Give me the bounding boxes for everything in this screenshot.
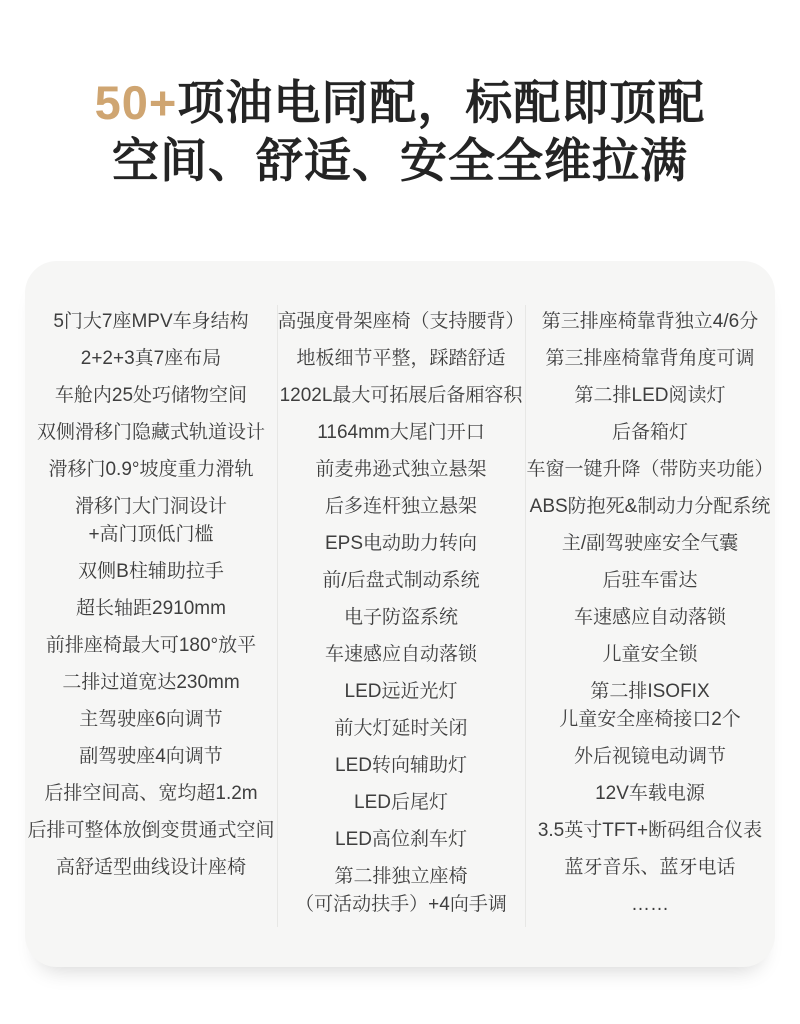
feature-column-2: 高强度骨架座椅（支持腰背）地板细节平整，踩踏舒适1202L最大可拓展后备厢容积1… — [277, 308, 525, 967]
feature-item: 后多连杆独立悬架 — [277, 493, 525, 521]
feature-line: 儿童安全座椅接口2个 — [525, 706, 775, 734]
feature-item: …… — [525, 891, 775, 919]
feature-line: LED后尾灯 — [277, 789, 525, 817]
feature-line: 后排可整体放倒变贯通式空间 — [25, 817, 277, 845]
feature-item: 后备箱灯 — [525, 419, 775, 447]
feature-line: 3.5英寸TFT+断码组合仪表 — [525, 817, 775, 845]
feature-line: 5门大7座MPV车身结构 — [25, 308, 277, 336]
feature-item: LED远近光灯 — [277, 678, 525, 706]
feature-line: 主驾驶座6向调节 — [25, 706, 277, 734]
spec-poster-page: 50+项油电同配，标配即顶配 空间、舒适、安全全维拉满 5门大7座MPV车身结构… — [0, 0, 800, 1024]
feature-line: 第二排LED阅读灯 — [525, 382, 775, 410]
feature-line: 1202L最大可拓展后备厢容积 — [277, 382, 525, 410]
feature-line: 前排座椅最大可180°放平 — [25, 632, 277, 660]
feature-item: 滑移门大门洞设计+高门顶低门槛 — [25, 493, 277, 549]
feature-line: 前大灯延时关闭 — [277, 715, 525, 743]
feature-item: ABS防抱死&制动力分配系统 — [525, 493, 775, 521]
feature-column-3: 第三排座椅靠背独立4/6分第三排座椅靠背角度可调第二排LED阅读灯后备箱灯车窗一… — [525, 308, 775, 967]
feature-line: ABS防抱死&制动力分配系统 — [525, 493, 775, 521]
feature-line: EPS电动助力转向 — [277, 530, 525, 558]
title-line-1-text: 项油电同配，标配即顶配 — [177, 76, 705, 129]
feature-line: 二排过道宽达230mm — [25, 669, 277, 697]
feature-item: 车舱内25处巧储物空间 — [25, 382, 277, 410]
feature-item: LED后尾灯 — [277, 789, 525, 817]
feature-item: 1202L最大可拓展后备厢容积 — [277, 382, 525, 410]
title-line-2: 空间、舒适、安全全维拉满 — [0, 132, 800, 190]
feature-item: 车速感应自动落锁 — [277, 641, 525, 669]
feature-line: 车窗一键升降（带防夹功能） — [525, 456, 775, 484]
feature-item: 5门大7座MPV车身结构 — [25, 308, 277, 336]
feature-item: 超长轴距2910mm — [25, 595, 277, 623]
feature-item: 前麦弗逊式独立悬架 — [277, 456, 525, 484]
feature-line: 儿童安全锁 — [525, 641, 775, 669]
feature-line: 蓝牙音乐、蓝牙电话 — [525, 854, 775, 882]
feature-item: 滑移门0.9°坡度重力滑轨 — [25, 456, 277, 484]
feature-line: 外后视镜电动调节 — [525, 743, 775, 771]
feature-line: 滑移门大门洞设计 — [25, 493, 277, 521]
feature-item: 1164mm大尾门开口 — [277, 419, 525, 447]
feature-item: LED高位刹车灯 — [277, 826, 525, 854]
feature-item: 高强度骨架座椅（支持腰背） — [277, 308, 525, 336]
feature-item: 主驾驶座6向调节 — [25, 706, 277, 734]
feature-item: LED转向辅助灯 — [277, 752, 525, 780]
feature-item: 车速感应自动落锁 — [525, 604, 775, 632]
feature-line: 车舱内25处巧储物空间 — [25, 382, 277, 410]
feature-item: 后驻车雷达 — [525, 567, 775, 595]
feature-line: 超长轴距2910mm — [25, 595, 277, 623]
feature-line: 滑移门0.9°坡度重力滑轨 — [25, 456, 277, 484]
feature-line: +高门顶低门槛 — [25, 521, 277, 549]
feature-line: 第二排独立座椅 — [277, 863, 525, 891]
feature-item: 车窗一键升降（带防夹功能） — [525, 456, 775, 484]
feature-line: 后驻车雷达 — [525, 567, 775, 595]
feature-line: 12V车载电源 — [525, 780, 775, 808]
feature-line: LED高位刹车灯 — [277, 826, 525, 854]
feature-item: 前排座椅最大可180°放平 — [25, 632, 277, 660]
feature-item: 双侧B柱辅助拉手 — [25, 558, 277, 586]
feature-item: 电子防盗系统 — [277, 604, 525, 632]
feature-item: 第三排座椅靠背角度可调 — [525, 345, 775, 373]
feature-item: 外后视镜电动调节 — [525, 743, 775, 771]
feature-line: 后备箱灯 — [525, 419, 775, 447]
feature-item: 第二排独立座椅（可活动扶手）+4向手调 — [277, 863, 525, 919]
feature-item: 儿童安全锁 — [525, 641, 775, 669]
feature-line: 后多连杆独立悬架 — [277, 493, 525, 521]
feature-item: 前/后盘式制动系统 — [277, 567, 525, 595]
feature-item: EPS电动助力转向 — [277, 530, 525, 558]
feature-line: 第三排座椅靠背独立4/6分 — [525, 308, 775, 336]
feature-line: 前/后盘式制动系统 — [277, 567, 525, 595]
feature-line: 双侧B柱辅助拉手 — [25, 558, 277, 586]
feature-line: …… — [525, 891, 775, 919]
feature-line: 前麦弗逊式独立悬架 — [277, 456, 525, 484]
title-highlight-count: 50+ — [95, 76, 178, 129]
page-title: 50+项油电同配，标配即顶配 空间、舒适、安全全维拉满 — [0, 74, 800, 190]
feature-item: 第三排座椅靠背独立4/6分 — [525, 308, 775, 336]
feature-line: 高舒适型曲线设计座椅 — [25, 854, 277, 882]
feature-item: 主/副驾驶座安全气囊 — [525, 530, 775, 558]
feature-item: 双侧滑移门隐藏式轨道设计 — [25, 419, 277, 447]
column-divider-left — [277, 305, 278, 927]
feature-line: 副驾驶座4向调节 — [25, 743, 277, 771]
feature-line: 1164mm大尾门开口 — [277, 419, 525, 447]
feature-line: 车速感应自动落锁 — [525, 604, 775, 632]
feature-line: 2+2+3真7座布局 — [25, 345, 277, 373]
feature-item: 地板细节平整，踩踏舒适 — [277, 345, 525, 373]
feature-line: 第二排ISOFIX — [525, 678, 775, 706]
feature-line: 第三排座椅靠背角度可调 — [525, 345, 775, 373]
feature-line: LED远近光灯 — [277, 678, 525, 706]
feature-line: 后排空间高、宽均超1.2m — [25, 780, 277, 808]
feature-line: 地板细节平整，踩踏舒适 — [277, 345, 525, 373]
feature-item: 后排空间高、宽均超1.2m — [25, 780, 277, 808]
feature-item: 二排过道宽达230mm — [25, 669, 277, 697]
feature-line: 电子防盗系统 — [277, 604, 525, 632]
feature-item: 后排可整体放倒变贯通式空间 — [25, 817, 277, 845]
feature-item: 2+2+3真7座布局 — [25, 345, 277, 373]
feature-line: （可活动扶手）+4向手调 — [277, 891, 525, 919]
spec-card: 5门大7座MPV车身结构2+2+3真7座布局车舱内25处巧储物空间双侧滑移门隐藏… — [25, 261, 775, 967]
feature-item: 蓝牙音乐、蓝牙电话 — [525, 854, 775, 882]
feature-item: 前大灯延时关闭 — [277, 715, 525, 743]
feature-item: 12V车载电源 — [525, 780, 775, 808]
feature-columns: 5门大7座MPV车身结构2+2+3真7座布局车舱内25处巧储物空间双侧滑移门隐藏… — [25, 261, 775, 967]
feature-item: 高舒适型曲线设计座椅 — [25, 854, 277, 882]
column-divider-right — [525, 305, 526, 927]
feature-line: 双侧滑移门隐藏式轨道设计 — [25, 419, 277, 447]
feature-line: 主/副驾驶座安全气囊 — [525, 530, 775, 558]
feature-line: 高强度骨架座椅（支持腰背） — [277, 308, 525, 336]
feature-item: 3.5英寸TFT+断码组合仪表 — [525, 817, 775, 845]
title-line-1: 50+项油电同配，标配即顶配 — [0, 74, 800, 132]
feature-line: LED转向辅助灯 — [277, 752, 525, 780]
feature-item: 第二排ISOFIX儿童安全座椅接口2个 — [525, 678, 775, 734]
feature-item: 副驾驶座4向调节 — [25, 743, 277, 771]
feature-column-1: 5门大7座MPV车身结构2+2+3真7座布局车舱内25处巧储物空间双侧滑移门隐藏… — [25, 308, 277, 967]
feature-item: 第二排LED阅读灯 — [525, 382, 775, 410]
feature-line: 车速感应自动落锁 — [277, 641, 525, 669]
